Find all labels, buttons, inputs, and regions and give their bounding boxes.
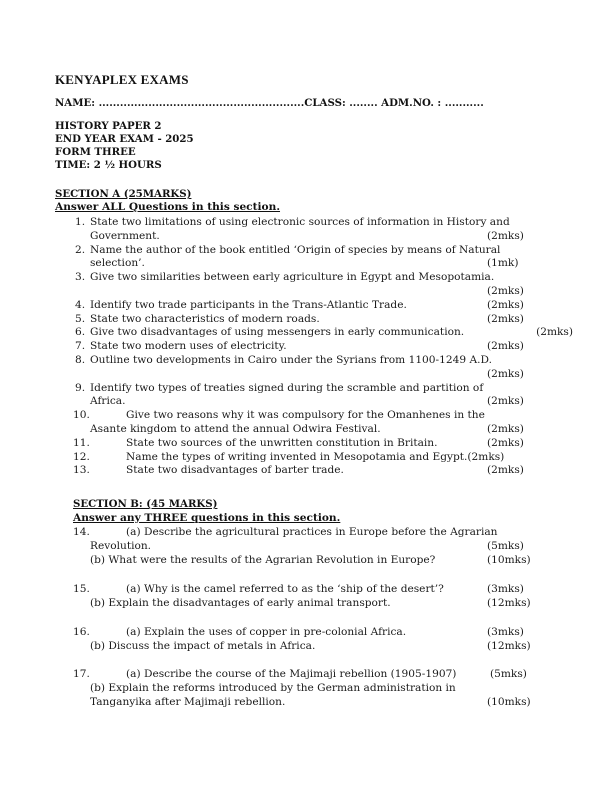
- question-text: Give two similarities between early agri…: [90, 271, 494, 283]
- question-number: 9.: [75, 382, 85, 394]
- question-marks: (12mks): [487, 597, 531, 609]
- brand-title: KENYAPLEX EXAMS: [55, 72, 189, 88]
- question-part-b: Tanganyika after Majimaji rebellion.: [90, 696, 285, 708]
- question-marks: (3mks): [487, 626, 524, 638]
- question-text: Asante kingdom to attend the annual Odwi…: [90, 423, 381, 435]
- question-text: Africa.: [90, 395, 125, 407]
- question-marks: (5mks): [490, 668, 527, 680]
- question-part-a: Revolution.: [90, 540, 151, 552]
- question-text: Name the types of writing invented in Me…: [126, 451, 504, 463]
- section-a-instruction: Answer ALL Questions in this section.: [55, 201, 280, 213]
- question-marks: (5mks): [487, 540, 524, 552]
- question-part-a: (a) Why is the camel referred to as the …: [126, 583, 444, 595]
- question-number: 8.: [75, 354, 85, 366]
- question-marks: (2mks): [487, 313, 524, 325]
- question-marks: (2mks): [487, 368, 524, 380]
- question-part-b: (b) Explain the reforms introduced by th…: [90, 682, 456, 694]
- question-number: 16.: [73, 626, 90, 638]
- question-part-b: (b) What were the results of the Agraria…: [90, 554, 435, 566]
- question-number: 2.: [75, 244, 85, 256]
- question-marks: (10mks): [487, 554, 531, 566]
- question-part-a: (a) Describe the course of the Majimaji …: [126, 668, 456, 680]
- question-marks: (2mks): [487, 395, 524, 407]
- question-text: Identify two types of treaties signed du…: [90, 382, 483, 394]
- question-marks: (2mks): [536, 326, 573, 338]
- question-text: selection’.: [90, 257, 145, 269]
- section-b-instruction: Answer any THREE questions in this secti…: [73, 512, 340, 524]
- question-number: 7.: [75, 340, 85, 352]
- question-text: State two sources of the unwritten const…: [126, 437, 438, 449]
- question-number: 10.: [73, 409, 90, 421]
- question-marks: (2mks): [487, 340, 524, 352]
- question-number: 5.: [75, 313, 85, 325]
- question-number: 11.: [73, 437, 90, 449]
- section-a-title: SECTION A (25MARKS): [55, 188, 191, 200]
- paper-title: HISTORY PAPER 2: [55, 120, 162, 132]
- question-number: 3.: [75, 271, 85, 283]
- exam-time: TIME: 2 ½ HOURS: [55, 159, 162, 171]
- question-number: 17.: [73, 668, 90, 680]
- question-text: Government.: [90, 230, 160, 242]
- question-text: State two modern uses of electricity.: [90, 340, 287, 352]
- question-marks: (2mks): [487, 464, 524, 476]
- question-number: 1.: [75, 216, 85, 228]
- student-details-line: NAME: ..................................…: [55, 97, 484, 109]
- question-text: Name the author of the book entitled ‘Or…: [90, 244, 500, 256]
- question-part-a: (a) Describe the agricultural practices …: [126, 526, 498, 538]
- question-marks: (2mks): [487, 437, 524, 449]
- question-text: Give two disadvantages of using messenge…: [90, 326, 464, 338]
- question-part-b: (b) Explain the disadvantages of early a…: [90, 597, 391, 609]
- question-marks: (2mks): [487, 423, 524, 435]
- question-marks: (3mks): [487, 583, 524, 595]
- question-number: 13.: [73, 464, 90, 476]
- question-text: State two characteristics of modern road…: [90, 313, 320, 325]
- question-number: 12.: [73, 451, 90, 463]
- question-part-a: (a) Explain the uses of copper in pre-co…: [126, 626, 406, 638]
- question-part-b: (b) Discuss the impact of metals in Afri…: [90, 640, 315, 652]
- question-marks: (12mks): [487, 640, 531, 652]
- question-marks: (2mks): [487, 230, 524, 242]
- question-marks: (10mks): [487, 696, 531, 708]
- question-marks: (1mk): [487, 257, 518, 269]
- question-text: State two limitations of using electroni…: [90, 216, 510, 228]
- question-text: Outline two developments in Cairo under …: [90, 354, 492, 366]
- form-level: FORM THREE: [55, 146, 136, 158]
- question-number: 4.: [75, 299, 85, 311]
- section-b-title: SECTION B: (45 MARKS): [73, 498, 217, 510]
- question-text: State two disadvantages of barter trade.: [126, 464, 344, 476]
- question-marks: (2mks): [487, 285, 524, 297]
- question-number: 6.: [75, 326, 85, 338]
- question-number: 14.: [73, 526, 90, 538]
- exam-page: KENYAPLEX EXAMS NAME: ..................…: [0, 0, 612, 792]
- question-number: 15.: [73, 583, 90, 595]
- exam-title: END YEAR EXAM - 2025: [55, 133, 194, 145]
- question-text: Identify two trade participants in the T…: [90, 299, 407, 311]
- question-marks: (2mks): [487, 299, 524, 311]
- question-text: Give two reasons why it was compulsory f…: [126, 409, 485, 421]
